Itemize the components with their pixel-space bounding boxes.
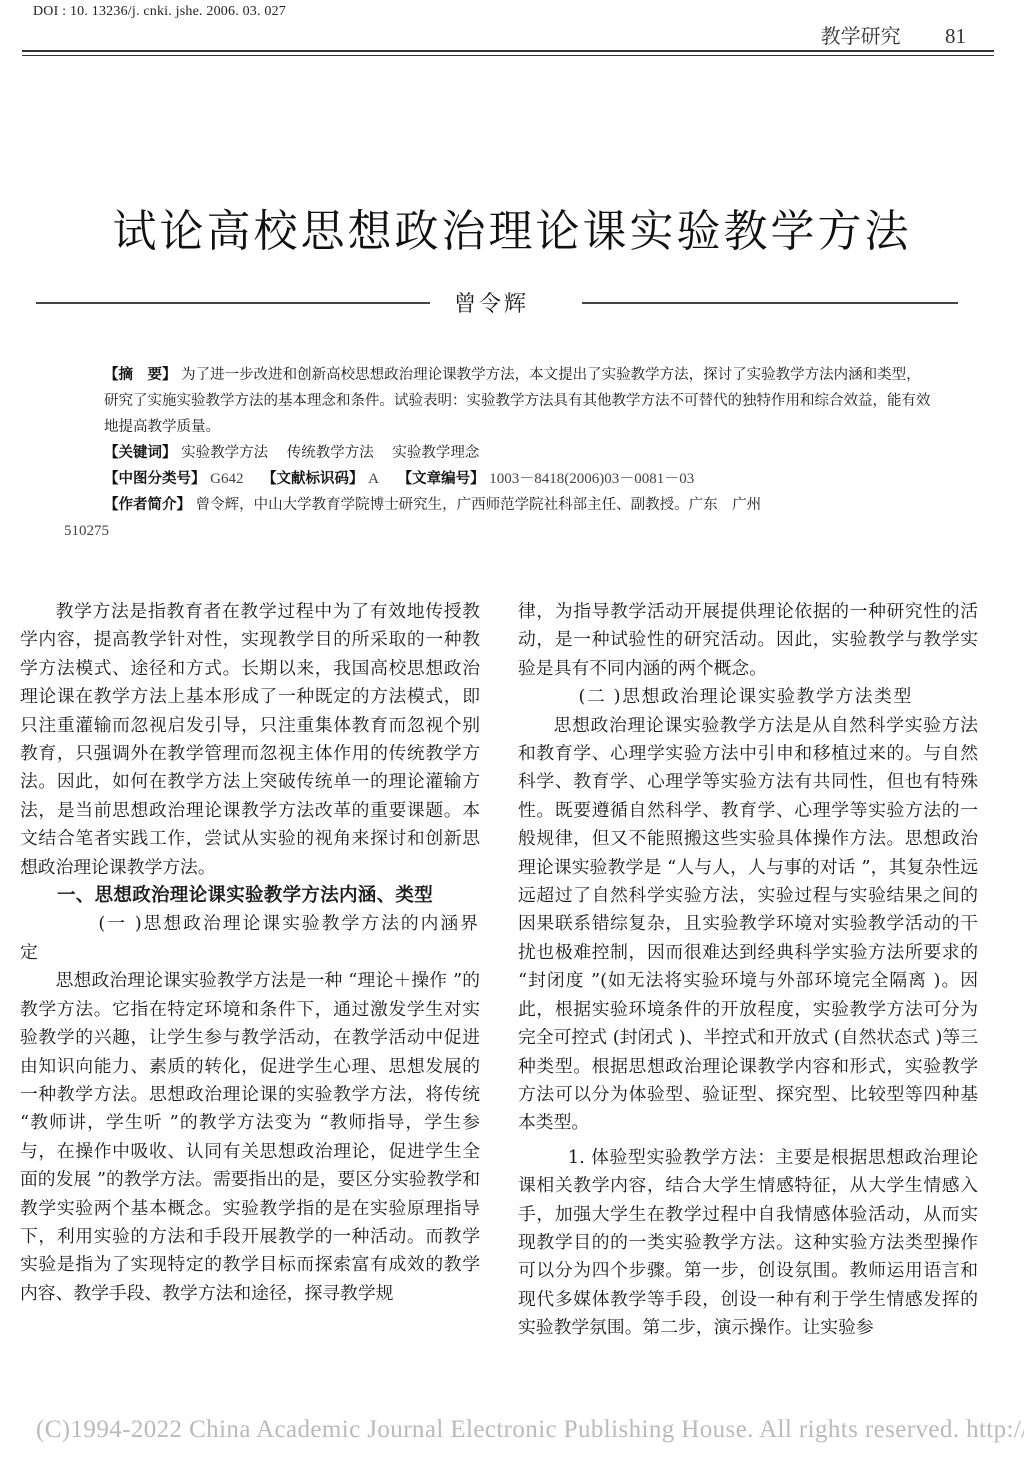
body-column-left: 教学方法是指教育者在教学过程中为了有效地传授教学内容，提高教学针对性，实现教学目… <box>20 598 480 1308</box>
clc-label: 【中图分类号】 <box>104 471 206 487</box>
subsection-heading-1: (一 )思想政治理论课实验教学方法的内涵界定 <box>20 910 480 967</box>
page-number: 81 <box>945 24 966 48</box>
header-rule <box>22 50 994 52</box>
author-bio-text: 曾令辉，中山大学教育学院博士研究生，广西师范学院社科部主任、副教授。广东 广州 <box>196 497 762 513</box>
classification: 【中图分类号】 G642 【文献标识码】 A 【文章编号】 1003－8418(… <box>64 466 934 492</box>
keyword: 传统教学方法 <box>287 445 374 461</box>
postcode: 510275 <box>64 518 934 544</box>
article-metadata: 【摘 要】 为了进一步改进和创新高校思想政治理论课教学方法，本文提出了实验教学方… <box>64 362 934 544</box>
author-bio-label: 【作者简介】 <box>104 497 191 513</box>
copyright-watermark: (C)1994-2022 China Academic Journal Elec… <box>36 1416 1024 1444</box>
section-heading-1: 一、思想政治理论课实验教学方法内涵、类型 <box>20 882 480 910</box>
author-name: 曾令辉 <box>454 287 529 318</box>
author-rule-right <box>582 302 958 304</box>
body-column-right: 律，为指导教学活动开展提供理论依据的一种研究性的活动，是一种试验性的研究活动。因… <box>518 598 978 1343</box>
doc-code-value: A <box>368 471 379 487</box>
clc-value: G642 <box>210 471 243 487</box>
subsection-heading-2: (二 )思想政治理论课实验教学方法类型 <box>518 683 978 711</box>
article-no-value: 1003－8418(2006)03－0081－03 <box>489 471 694 487</box>
abstract: 【摘 要】 为了进一步改进和创新高校思想政治理论课教学方法，本文提出了实验教学方… <box>64 362 934 440</box>
list-item-1: 1. 体验型实验教学方法：主要是根据思想政治理论课相关教学内容，结合大学生情感特… <box>518 1144 978 1343</box>
doi-line: DOI : 10. 13236/j. cnki. jshe. 2006. 03.… <box>33 4 286 20</box>
article-title: 试论高校思想政治理论课实验教学方法 <box>0 195 1024 259</box>
article-no-label: 【文章编号】 <box>398 471 485 487</box>
abstract-text: 为了进一步改进和创新高校思想政治理论课教学方法，本文提出了实验教学方法，探讨了实… <box>104 367 931 435</box>
header-rule-thin <box>22 55 994 56</box>
keyword: 实验教学方法 <box>181 445 268 461</box>
keywords: 【关键词】 实验教学方法 传统教学方法 实验教学理念 <box>64 440 934 466</box>
keyword: 实验教学理念 <box>392 445 479 461</box>
doc-code-label: 【文献标识码】 <box>262 471 364 487</box>
intro-paragraph: 教学方法是指教育者在教学过程中为了有效地传授教学内容，提高教学针对性，实现教学目… <box>20 598 480 882</box>
author-rule-left <box>36 302 430 304</box>
body-paragraph: 思想政治理论课实验教学方法是一种 “理论＋操作 ”的教学方法。它指在特定环境和条… <box>20 967 480 1308</box>
journal-section: 教学研究 <box>821 24 901 48</box>
running-head: 教学研究 81 <box>821 20 966 49</box>
body-paragraph-continued: 律，为指导教学活动开展提供理论依据的一种研究性的活动，是一种试验性的研究活动。因… <box>518 598 978 683</box>
abstract-label: 【摘 要】 <box>104 367 177 383</box>
body-paragraph: 思想政治理论课实验教学方法是从自然科学实验方法和教育学、心理学实验方法中引申和移… <box>518 712 978 1138</box>
author-bio: 【作者简介】 曾令辉，中山大学教育学院博士研究生，广西师范学院社科部主任、副教授… <box>64 492 934 518</box>
keywords-label: 【关键词】 <box>104 445 177 461</box>
author-row: 曾令辉 <box>36 287 958 319</box>
